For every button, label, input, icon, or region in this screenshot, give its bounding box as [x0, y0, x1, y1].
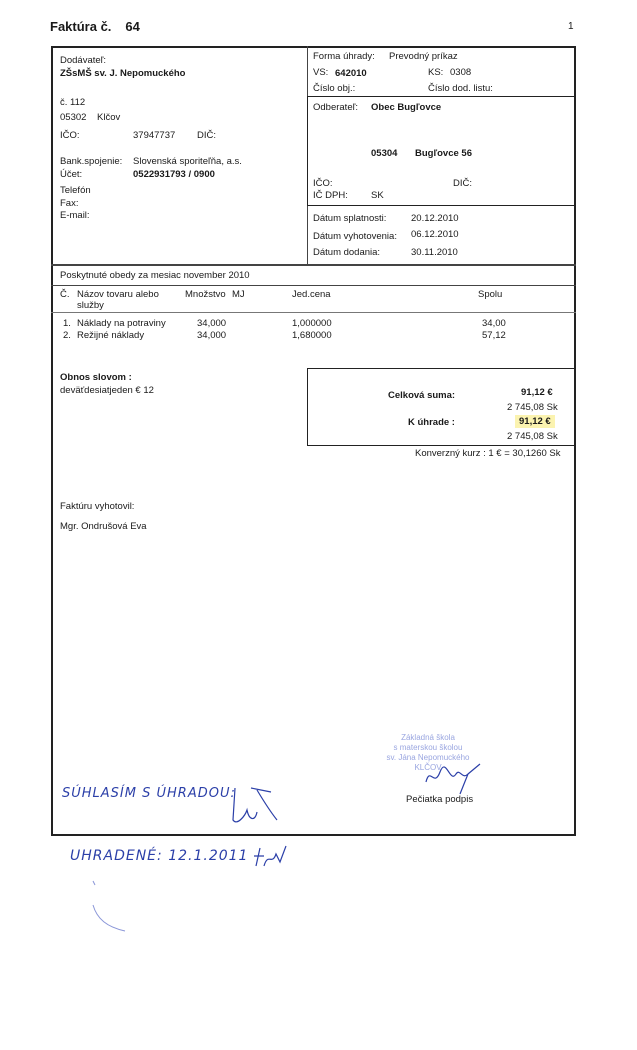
- amount-due-label: K úhrade :: [408, 417, 455, 428]
- invoice-title: Faktúra č.64: [50, 19, 140, 34]
- delivery-note-label: Číslo dod. listu:: [428, 83, 493, 94]
- amount-in-words-label: Obnos slovom :: [60, 372, 132, 383]
- email-label: E-mail:: [60, 210, 90, 221]
- ks-label: KS:: [428, 67, 443, 78]
- bank-label: Bank.spojenie:: [60, 156, 122, 167]
- payment-method: Prevodný príkaz: [389, 51, 458, 62]
- divider-header: [51, 264, 576, 266]
- total-label: Celková suma:: [388, 390, 455, 401]
- pen-mark: [85, 875, 145, 935]
- col-header-unit-price: Jed.cena: [292, 289, 331, 300]
- issue-date-label: Dátum vyhotovenia:: [313, 231, 397, 242]
- buyer-icdph: SK: [371, 190, 384, 201]
- supplier-ico: 37947737: [133, 130, 175, 141]
- issuer-label: Faktúru vyhotovil:: [60, 501, 134, 512]
- row-unit-price: 1,000000: [292, 318, 332, 329]
- supplier-dic-label: DIČ:: [197, 130, 216, 141]
- bank-name: Slovenská sporiteľňa, a.s.: [133, 156, 242, 167]
- total-eur: 91,12 €: [521, 387, 553, 398]
- row-qty: 34,000: [197, 318, 226, 329]
- vs-label: VS:: [313, 67, 328, 78]
- col-header-name-line1: Názov tovaru alebo: [77, 289, 159, 300]
- handwritten-paid-note: UHRADENÉ: 12.1.2011: [70, 848, 248, 864]
- invoice-description: Poskytnuté obedy za mesiac november 2010: [60, 270, 250, 281]
- supplier-ico-label: IČO:: [60, 130, 80, 141]
- invoice-number: 64: [125, 19, 139, 34]
- row-total: 34,00: [482, 318, 506, 329]
- supplier-label: Dodávateľ:: [60, 55, 106, 66]
- col-header-name: Názov tovaru alebo služby: [77, 289, 159, 311]
- buyer-label: Odberateľ:: [313, 102, 358, 113]
- supplier-name: ZŠsMŠ sv. J. Nepomuckého: [60, 68, 185, 79]
- supplier-zip: 05302: [60, 112, 86, 123]
- col-header-qty: Množstvo: [185, 289, 226, 300]
- payment-method-label: Forma úhrady:: [313, 51, 375, 62]
- account-number: 0522931793 / 0900: [133, 169, 215, 180]
- conversion-rate: Konverzný kurz : 1 € = 30,1260 Sk: [415, 448, 561, 459]
- row-no: 1.: [63, 318, 71, 329]
- row-unit-price: 1,680000: [292, 330, 332, 341]
- amount-due-sk: 2 745,08 Sk: [507, 431, 558, 442]
- stamp-signature-label: Pečiatka podpis: [406, 794, 473, 805]
- col-header-unit: MJ: [232, 289, 245, 300]
- col-header-total: Spolu: [478, 289, 502, 300]
- stamp-line: s materskou školou: [378, 743, 478, 753]
- amount-due-eur: 91,12 €: [515, 415, 555, 428]
- approval-signature: [225, 780, 285, 830]
- row-total: 57,12: [482, 330, 506, 341]
- vs-value: 642010: [335, 68, 367, 79]
- delivery-date-label: Dátum dodania:: [313, 247, 380, 258]
- issuer-name: Mgr. Ondrušová Eva: [60, 521, 147, 532]
- buyer-dic-label: DIČ:: [453, 178, 472, 189]
- due-date: 20.12.2010: [411, 213, 459, 224]
- divider-table-header: [51, 312, 576, 313]
- paid-signature: [250, 842, 290, 872]
- delivery-date: 30.11.2010: [411, 247, 458, 258]
- supplier-city: Klčov: [97, 112, 120, 123]
- amount-in-words: deväťdesiatjeden € 12: [60, 385, 154, 396]
- stamp-line: Základná škola: [378, 733, 478, 743]
- col-header-name-line2: služby: [77, 300, 159, 311]
- row-name: Náklady na potraviny: [77, 318, 166, 329]
- phone-label: Telefón: [60, 185, 91, 196]
- order-number-label: Číslo obj.:: [313, 83, 355, 94]
- page-number: 1: [568, 21, 574, 32]
- signature-mark: [420, 758, 490, 798]
- divider-description: [51, 285, 576, 286]
- fax-label: Fax:: [60, 198, 78, 209]
- row-qty: 34,000: [197, 330, 226, 341]
- buyer-ico-label: IČO:: [313, 178, 333, 189]
- handwritten-approval: SÚHLASÍM S ÚHRADOU:: [62, 786, 236, 801]
- row-name: Režijné náklady: [77, 330, 144, 341]
- account-label: Účet:: [60, 169, 82, 180]
- due-date-label: Dátum splatnosti:: [313, 213, 386, 224]
- issue-date: 06.12.2010: [411, 229, 459, 240]
- total-sk: 2 745,08 Sk: [507, 402, 558, 413]
- buyer-address: Bugľovce 56: [415, 148, 472, 159]
- supplier-street: č. 112: [60, 97, 85, 108]
- col-header-no: Č.: [60, 289, 70, 300]
- invoice-title-label: Faktúra č.: [50, 19, 111, 34]
- buyer-zip: 05304: [371, 148, 397, 159]
- buyer-name: Obec Bugľovce: [371, 102, 441, 113]
- buyer-icdph-label: IČ DPH:: [313, 190, 348, 201]
- ks-value: 0308: [450, 67, 471, 78]
- row-no: 2.: [63, 330, 71, 341]
